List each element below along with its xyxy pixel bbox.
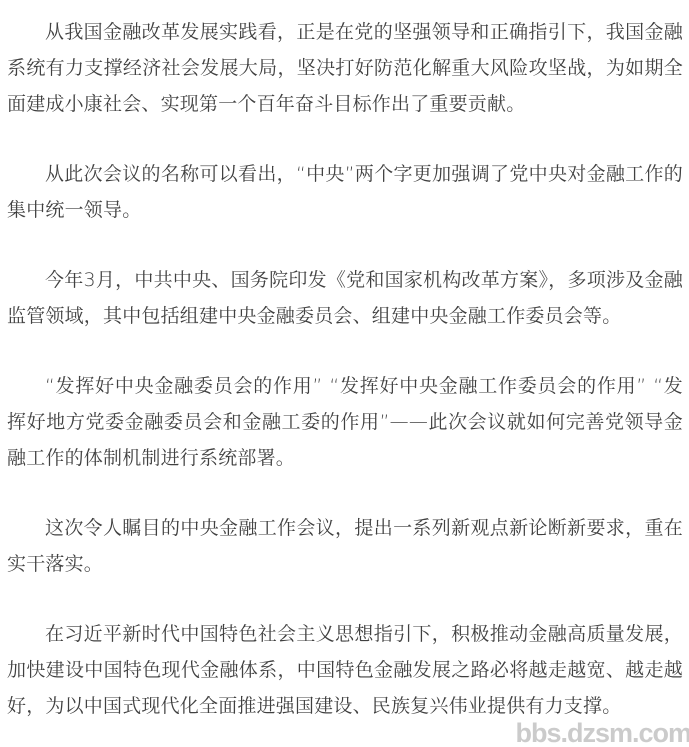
paragraph: 从我国金融改革发展实践看，正是在党的坚强领导和正确指引下，我国金融系统有力支撑经… bbox=[7, 14, 683, 122]
paragraph: 在习近平新时代中国特色社会主义思想指引下，积极推动金融高质量发展，加快建设中国特… bbox=[7, 616, 683, 724]
paragraph: 今年3月，中共中央、国务院印发《党和国家机构改革方案》，多项涉及金融监管领域，其… bbox=[7, 262, 683, 334]
paragraph: 这次令人瞩目的中央金融工作会议，提出一系列新观点新论断新要求，重在实干落实。 bbox=[7, 510, 683, 582]
paragraph: “发挥好中央金融委员会的作用” “发挥好中央金融工作委员会的作用” “发挥好地方… bbox=[7, 368, 683, 476]
article-body: 从我国金融改革发展实践看，正是在党的坚强领导和正确指引下，我国金融系统有力支撑经… bbox=[0, 0, 689, 724]
paragraph: 从此次会议的名称可以看出，“中央”两个字更加强调了党中央对金融工作的集中统一领导… bbox=[7, 156, 683, 228]
page: { "page": { "background": "#ffffff", "te… bbox=[0, 0, 689, 747]
site-watermark: bbs.dzsm.com bbox=[515, 720, 689, 747]
